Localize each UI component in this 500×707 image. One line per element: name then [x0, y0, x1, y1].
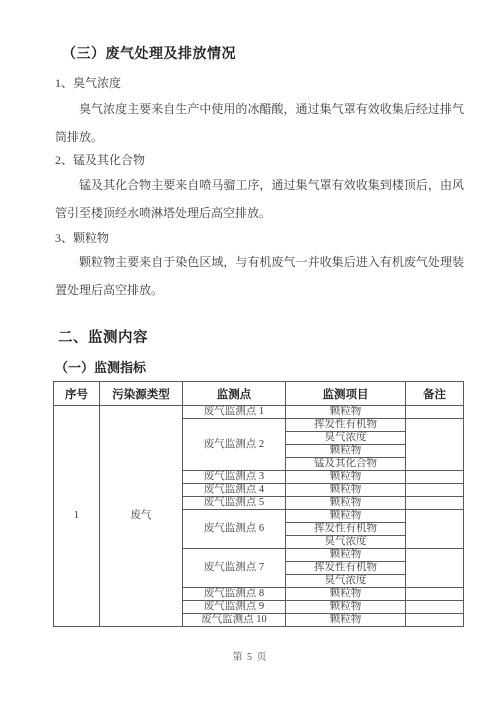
cell-monitoring-item: 锰及其化合物	[286, 458, 406, 471]
cell-serial-number: 1	[54, 406, 100, 627]
paragraph-particulate: 颗粒物主要来自于染色区域，与有机废气一并收集后进入有机废气处理装置处理后高空排放…	[55, 249, 464, 304]
cell-remark	[406, 510, 464, 549]
cell-monitoring-point: 废气监测点 4	[183, 484, 286, 497]
cell-monitoring-item: 颗粒物	[286, 497, 406, 510]
cell-monitoring-point: 废气监测点 2	[183, 419, 286, 471]
cell-monitoring-item: 颗粒物	[286, 471, 406, 484]
cell-monitoring-item: 颗粒物	[286, 614, 406, 627]
cell-remark	[406, 614, 464, 627]
chapter-heading: 二、监测内容	[58, 326, 148, 347]
cell-monitoring-point: 废气监测点 5	[183, 497, 286, 510]
cell-monitoring-point: 废气监测点 7	[183, 549, 286, 588]
cell-pollution-source-type: 废气	[100, 406, 183, 627]
cell-monitoring-item: 颗粒物	[286, 510, 406, 523]
cell-monitoring-item: 颗粒物	[286, 484, 406, 497]
item-label-odor: 1、臭气浓度	[55, 74, 121, 91]
cell-remark	[406, 471, 464, 484]
cell-remark	[406, 549, 464, 588]
monitoring-table-wrapper: 序号污染源类型监测点监测项目备注 1废气废气监测点 1颗粒物废气监测点 2挥发性…	[53, 381, 464, 627]
cell-remark	[406, 588, 464, 601]
cell-monitoring-point: 废气监测点 1	[183, 406, 286, 419]
cell-remark	[406, 601, 464, 614]
subsection-heading: （一）监测指标	[55, 357, 146, 376]
cell-remark	[406, 406, 464, 419]
cell-monitoring-item: 颗粒物	[286, 445, 406, 458]
cell-monitoring-point: 废气监测点 8	[183, 588, 286, 601]
cell-monitoring-point: 废气监测点 9	[183, 601, 286, 614]
column-header: 序号	[54, 382, 100, 406]
cell-monitoring-point: 废气监测点 6	[183, 510, 286, 549]
monitoring-table: 序号污染源类型监测点监测项目备注 1废气废气监测点 1颗粒物废气监测点 2挥发性…	[53, 381, 464, 627]
column-header: 污染源类型	[100, 382, 183, 406]
cell-monitoring-item: 臭气浓度	[286, 432, 406, 445]
monitoring-table-head: 序号污染源类型监测点监测项目备注	[54, 382, 464, 406]
document-page: （三）废气处理及排放情况 1、臭气浓度 臭气浓度主要来自生产中使用的冰醋酸，通过…	[0, 0, 500, 707]
paragraph-odor: 臭气浓度主要来自生产中使用的冰醋酸，通过集气罩有效收集后经过排气筒排放。	[55, 96, 464, 151]
table-header-row: 序号污染源类型监测点监测项目备注	[54, 382, 464, 406]
cell-monitoring-point: 废气监测点 3	[183, 471, 286, 484]
cell-monitoring-item: 臭气浓度	[286, 575, 406, 588]
cell-remark	[406, 497, 464, 510]
paragraph-manganese: 锰及其化合物主要来自喷马骝工序，通过集气罩有效收集到楼顶后，由风管引至楼顶经水喷…	[55, 172, 464, 227]
cell-monitoring-point: 废气监测点 10	[183, 614, 286, 627]
cell-monitoring-item: 颗粒物	[286, 549, 406, 562]
column-header: 监测点	[183, 382, 286, 406]
cell-monitoring-item: 挥发性有机物	[286, 562, 406, 575]
cell-monitoring-item: 挥发性有机物	[286, 419, 406, 432]
column-header: 监测项目	[286, 382, 406, 406]
item-label-particulate: 3、颗粒物	[55, 229, 109, 246]
cell-monitoring-item: 颗粒物	[286, 601, 406, 614]
table-row: 1废气废气监测点 1颗粒物	[54, 406, 464, 419]
page-number: 第 5 页	[0, 648, 500, 663]
cell-remark	[406, 484, 464, 497]
section-heading: （三）废气处理及排放情况	[62, 43, 236, 63]
cell-monitoring-item: 颗粒物	[286, 406, 406, 419]
cell-monitoring-item: 臭气浓度	[286, 536, 406, 549]
cell-monitoring-item: 挥发性有机物	[286, 523, 406, 536]
cell-remark	[406, 419, 464, 471]
column-header: 备注	[406, 382, 464, 406]
monitoring-table-body: 1废气废气监测点 1颗粒物废气监测点 2挥发性有机物臭气浓度颗粒物锰及其化合物废…	[54, 406, 464, 627]
cell-monitoring-item: 颗粒物	[286, 588, 406, 601]
item-label-manganese: 2、锰及其化合物	[55, 151, 145, 168]
